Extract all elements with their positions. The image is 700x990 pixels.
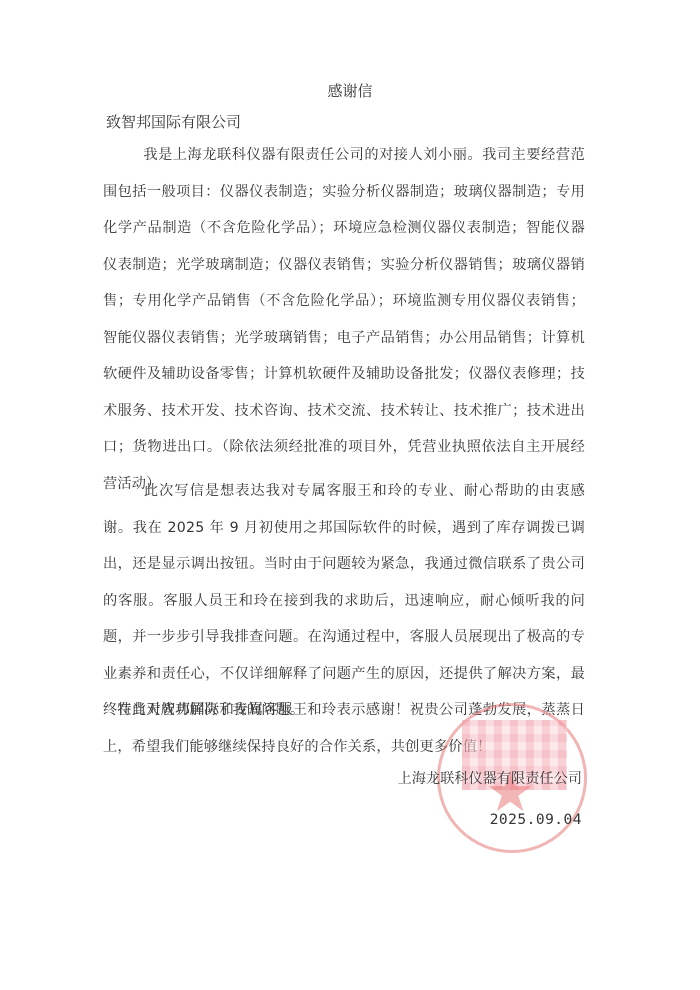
signature-company: 上海龙联科仪器有限责任公司	[398, 768, 582, 788]
paragraph-text: 我是上海龙联科仪器有限责任公司的对接人刘小丽。我司主要经营范围包括一般项目：仪器…	[103, 147, 585, 492]
letter-date: 2025.09.04	[490, 812, 582, 828]
letter-title: 感谢信	[0, 80, 700, 101]
paragraph-thanks-detail: 此次写信是想表达我对专属客服王和玲的专业、耐心帮助的由衷感谢。我在 2025 年…	[103, 473, 585, 729]
paragraph-business-scope: 我是上海龙联科仪器有限责任公司的对接人刘小丽。我司主要经营范围包括一般项目：仪器…	[103, 137, 585, 502]
salutation: 致智邦国际有限公司	[106, 111, 241, 132]
letter-page: 感谢信 致智邦国际有限公司 我是上海龙联科仪器有限责任公司的对接人刘小丽。我司主…	[0, 0, 700, 990]
paragraph-text: 此次写信是想表达我对专属客服王和玲的专业、耐心帮助的由衷感谢。我在 2025 年…	[103, 483, 585, 718]
